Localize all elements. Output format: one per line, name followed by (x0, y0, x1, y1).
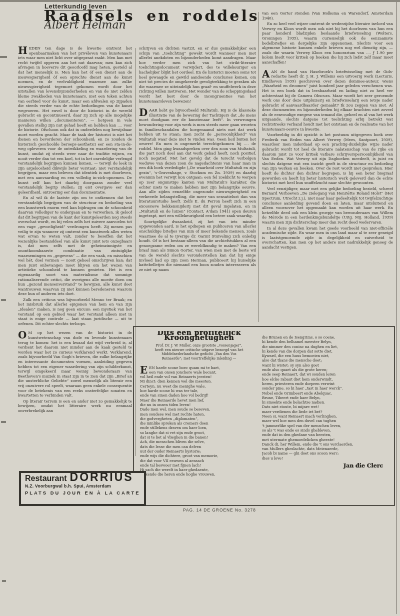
edge-mark (1, 299, 6, 301)
paragraph: Veel eenzijdiger, maar met een gelijke b… (262, 186, 393, 224)
paragraph: OM op het wezen van de historici in de k… (18, 331, 132, 398)
article-column-1: HEDEN ten dage is de kwestie omtrent het… (18, 46, 132, 460)
advert-content: RestaurantDORRIUS N.Z. Voorburgwal b.h. … (21, 473, 144, 504)
edge-mark (1, 421, 6, 423)
footer-text: PAG. 14 DE GROENE No. 3278 (183, 508, 256, 513)
advert-prefix: Restaurant (25, 475, 67, 484)
poem-signature: Jan die Clerc (262, 464, 390, 469)
page-right-edge (396, 2, 397, 614)
poem-column-right: die Brunen en de Isengrims, o so coene, … (262, 335, 390, 501)
paragraph: En zo heel veel wijzer omtrent de wederz… (262, 22, 393, 65)
paragraph-text: EDEN ten dage is de kwestie omtrent het … (18, 46, 132, 194)
paragraph: Op literair terrein is een en ander niet… (18, 399, 132, 413)
poem-column-left: Dits een profitelijck Kroonghetughen Pro… (140, 331, 258, 501)
drop-cap: E (140, 365, 148, 374)
poem-heading: Dits een profitelijck Kroonghetughen (140, 331, 258, 341)
advert-box: RestaurantDORRIUS N.Z. Voorburgwal b.h. … (19, 471, 146, 506)
paragraph-text: Voorbeeldig in dit opzicht is het postuu… (262, 133, 393, 185)
article-column-3: van een Gorter stonden (Van Holkema en W… (262, 11, 393, 324)
poem-box: Dits een profitelijck Kroonghetughen Pro… (133, 326, 395, 506)
paragraph-text: schrijven en dichten vastzit, en er dus … (139, 46, 256, 103)
paragraph-text: Zulk een criticus was bijvoorbeeld Menno… (18, 297, 132, 325)
paragraph-text: Op literair terrein is een en ander niet… (18, 399, 132, 413)
paragraph: Voorbeeldig in dit opzicht is het postuu… (262, 133, 393, 186)
edge-mark (2, 580, 6, 582)
drop-cap: O (18, 331, 27, 340)
paragraph-text: Soortgelijke dwaasheid, zij het van iets… (139, 219, 256, 271)
paragraph: schrijven en dichten vastzit, en er dus … (139, 46, 256, 104)
paragraph: AAN de hand van Hasebroek's briefwisseli… (262, 69, 393, 131)
poem-caption: Prof. Dr. J. W. Muller, onze grootste „v… (140, 344, 258, 361)
article-column-2: schrijven en dichten vastzit, en er dus … (139, 46, 256, 323)
paragraph: In al deze gevallen kwam het goede voorb… (262, 226, 393, 250)
drop-cap: D (139, 108, 148, 117)
paragraph-text: Veel eenzijdiger, maar met een gelijke b… (262, 186, 393, 224)
paragraph-text: M op het wezen van de historici in de ku… (18, 331, 132, 398)
paragraph: Zulk een criticus was bijvoorbeeld Menno… (18, 297, 132, 326)
poem-stanza-2: die Brunen en de Isengrims, o so coene, … (262, 335, 390, 461)
page-title: Raadsels en roddels (44, 14, 274, 19)
article-header: Letterkundig leven Raadsels en roddels A… (44, 4, 274, 46)
page-top-edge (0, 0, 400, 2)
paragraph: En al wil ik de laatste zijn om te ontke… (18, 196, 132, 297)
drop-cap: H (18, 46, 27, 55)
paragraph-text: AN de hand van Hasebroek's briefwisselin… (262, 69, 393, 131)
newspaper-page: Letterkundig leven Raadsels en roddels A… (0, 0, 400, 616)
advert-address: N.Z. Voorburgwal b.h. Spui, Amsterdam (25, 484, 144, 489)
paragraph: HEDEN ten dage is de kwestie omtrent het… (18, 46, 132, 195)
paragraph-text: En zo heel veel wijzer omtrent de wederz… (262, 22, 393, 65)
paragraph-text: In al deze gevallen kwam het goede voorb… (262, 226, 393, 250)
drop-cap: A (262, 69, 270, 78)
paragraph-text: van een Gorter stonden (Van Holkema en W… (262, 11, 393, 20)
advert-tagline: PLATS DU JOUR EN À LA CARTE (25, 491, 144, 496)
page-footer: PAG. 14 DE GROENE No. 3278 (183, 508, 278, 516)
paragraph-text: En al wil ik de laatste zijn om te ontke… (18, 196, 132, 296)
advert-name: DORRIUS (70, 473, 134, 484)
paragraph: Soortgelijke dwaasheid, zij het van iets… (139, 219, 256, 272)
paragraph-text: AAR hebt ge bijvoorbeeld Multatuli. Hij … (139, 108, 256, 218)
poem-text: EN harde scone boec quam mi te baet, een… (140, 365, 220, 476)
column-rule (258, 12, 259, 322)
edge-mark (0, 56, 7, 58)
paragraph: DAAR hebt ge bijvoorbeeld Multatuli. Hij… (139, 108, 256, 218)
paragraph: van een Gorter stonden (Van Holkema en W… (262, 11, 393, 21)
advert-name-line: RestaurantDORRIUS (25, 475, 144, 482)
poem-stanza-1: EEN harde scone boec quam mi te baet, ee… (140, 365, 258, 477)
